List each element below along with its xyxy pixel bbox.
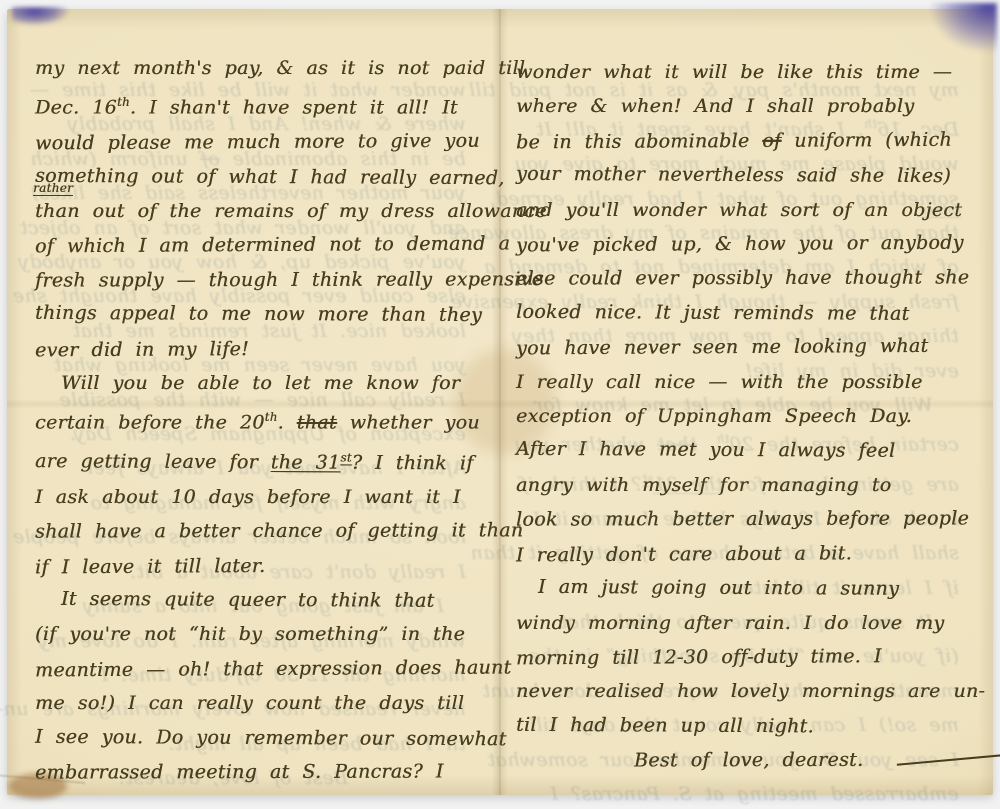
text-segment: I ask about 10 days before I want it I <box>35 486 461 508</box>
text-segment: Will you be able to let me know for <box>61 372 460 394</box>
inserted-word: rather <box>33 182 73 196</box>
ink-smudge-top-left <box>12 7 68 25</box>
handwritten-line: It seems quite queer to think that <box>61 582 490 619</box>
text-segment: shall have a better chance of getting it… <box>35 520 523 543</box>
text-segment: be in this abominable <box>516 130 762 154</box>
text-segment: wonder what it will be like this time — <box>516 61 952 83</box>
handwritten-line: me so!) I can really count the days till <box>35 686 490 720</box>
handwritten-line: angry with myself for managing to <box>516 468 973 502</box>
text-segment: you've picked up, & how you or anybody <box>516 232 964 257</box>
text-segment: uniform (which <box>781 129 952 152</box>
handwritten-line: Will you be able to let me know for <box>61 366 490 400</box>
handwritten-line: shall have a better chance of getting it… <box>35 514 490 550</box>
handwritten-line: Best of love, dearest. <box>634 743 973 778</box>
text-segment: if I leave it till later. <box>35 555 265 578</box>
text-segment: meantime — oh! that expression does haun… <box>35 656 512 681</box>
handwritten-line: you've picked up, & how you or anybody <box>516 226 973 263</box>
handwritten-line: I really don't care about a bit. <box>516 535 973 572</box>
text-segment: It seems quite queer to think that <box>61 588 435 612</box>
text-segment: else could ever possibly have thought sh… <box>516 267 969 290</box>
horizontal-fold-crease <box>7 399 993 409</box>
handwritten-line: windy morning after rain. I do love my <box>516 606 973 640</box>
handwritten-line: where & when! And I shall probably <box>516 89 973 123</box>
handwritten-line: morning till 12-30 off-duty time. I <box>516 639 973 676</box>
text-segment: fresh supply — though I think really exp… <box>35 268 543 291</box>
text-segment: . <box>278 412 297 434</box>
text-segment: are getting leave for <box>35 450 271 473</box>
text-segment: th <box>265 410 278 424</box>
handwritten-line: and you'll wonder what sort of an object <box>516 193 973 227</box>
text-segment: me so!) I can really count the days till <box>35 692 464 714</box>
handwritten-line: things appeal to me now more than they <box>35 296 490 333</box>
handwritten-line: I ask about 10 days before I want it I <box>35 480 490 514</box>
text-segment: things appeal to me now more than they <box>35 302 482 326</box>
text-segment: of which I am determined not to demand a <box>35 233 510 258</box>
text-segment: my next month's pay, & as it is not paid… <box>35 57 525 79</box>
letter-scan: wonder what it will be like this time —w… <box>0 0 1000 809</box>
handwritten-line: After I have met you I always feel <box>516 432 973 469</box>
handwritten-line: ever did in my life! <box>35 330 490 367</box>
text-segment: I am just going out into a sunny <box>538 576 899 600</box>
handwritten-line: would please me much more to give you <box>35 124 490 161</box>
handwritten-line: ratherthan out of the remains of my dres… <box>35 194 490 228</box>
text-segment: morning till 12-30 off-duty time. I <box>516 645 882 669</box>
text-segment: windy morning after rain. I do love my <box>516 612 944 634</box>
struck-word: that <box>297 412 337 434</box>
text-segment: where & when! And I shall probably <box>516 95 914 117</box>
text-segment: st <box>340 451 351 465</box>
text-segment: ? I think if <box>352 452 474 475</box>
text-segment: til I had been up all night. <box>516 714 814 738</box>
text-segment: Dec. 16 <box>35 97 117 119</box>
text-segment: Best of love, dearest. <box>634 749 863 772</box>
text-segment: I really don't care about a bit. <box>516 542 852 566</box>
handwritten-line: look so much better always before people <box>516 502 973 538</box>
handwritten-line: Dec. 16th. I shan't have spent it all! I… <box>35 85 490 125</box>
handwritten-line: you have never seen me looking what <box>516 329 973 366</box>
ink-smudge-top-right <box>927 3 997 55</box>
handwritten-line: I really call nice — with the possible <box>516 365 973 399</box>
text-segment: whether you <box>337 412 480 434</box>
handwritten-line: be in this abominable of uniform (which <box>516 122 973 159</box>
text-segment: your mother nevertheless said she likes) <box>516 163 951 187</box>
text-segment: I really call nice — with the possible <box>516 371 923 393</box>
text-segment: (if you're not “hit by something” in the <box>35 623 465 645</box>
text-segment: would please me much more to give you <box>35 130 480 155</box>
text-segment: certain before the 20 <box>35 412 265 434</box>
handwritten-line: else could ever possibly have thought sh… <box>516 261 973 297</box>
letter-paper: wonder what it will be like this time —w… <box>7 9 993 795</box>
handwritten-line: I see you. Do you remember our somewhat <box>35 720 490 757</box>
text-segment: I see you. Do you remember our somewhat <box>35 726 507 750</box>
handwritten-line: I am just going out into a sunny <box>538 570 973 607</box>
handwritten-line: looked nice. It just reminds me that <box>516 295 973 332</box>
text-segment: ever did in my life! <box>35 338 249 361</box>
text-segment: look so much better always before people <box>516 508 969 531</box>
handwritten-line: if I leave it till later. <box>35 547 490 584</box>
handwritten-line: something out of what I had really earne… <box>35 158 490 195</box>
text-segment: looked nice. It just reminds me that <box>516 301 910 325</box>
text-segment: and you'll wonder what sort of an object <box>516 199 962 221</box>
handwritten-line: til I had been up all night. <box>516 708 973 745</box>
text-segment: you have never seen me looking what <box>516 335 929 360</box>
handwritten-line: (if you're not “hit by something” in the <box>35 617 490 651</box>
handwritten-line: my next month's pay, & as it is not paid… <box>35 51 490 85</box>
handwritten-line: are getting leave for the 31st? I think … <box>35 439 490 481</box>
text-segment: angry with myself for managing to <box>516 474 891 496</box>
handwritten-line: never realised how lovely mornings are u… <box>516 674 973 708</box>
text-segment: something out of what I had really earne… <box>35 164 505 188</box>
text-segment: After I have met you I always feel <box>516 438 895 462</box>
text-segment: than out of the remains of my dress allo… <box>35 200 547 222</box>
handwritten-line: of which I am determined not to demand a <box>35 227 490 264</box>
text-segment: . I shan't have spent it all! It <box>130 97 458 119</box>
handwritten-line: meantime — oh! that expression does haun… <box>35 651 490 688</box>
struck-word: of <box>762 130 781 152</box>
handwritten-line: wonder what it will be like this time — <box>516 55 973 89</box>
text-segment: th <box>117 95 130 109</box>
handwritten-line: your mother nevertheless said she likes) <box>516 157 973 194</box>
text-segment: embarrassed meeting at S. Pancras? I <box>35 761 444 784</box>
handwritten-line: embarrassed meeting at S. Pancras? I <box>35 755 490 791</box>
text-segment: never realised how lovely mornings are u… <box>516 680 985 702</box>
handwritten-line: fresh supply — though I think really exp… <box>35 262 490 298</box>
text-segment: the 31 <box>271 451 341 473</box>
